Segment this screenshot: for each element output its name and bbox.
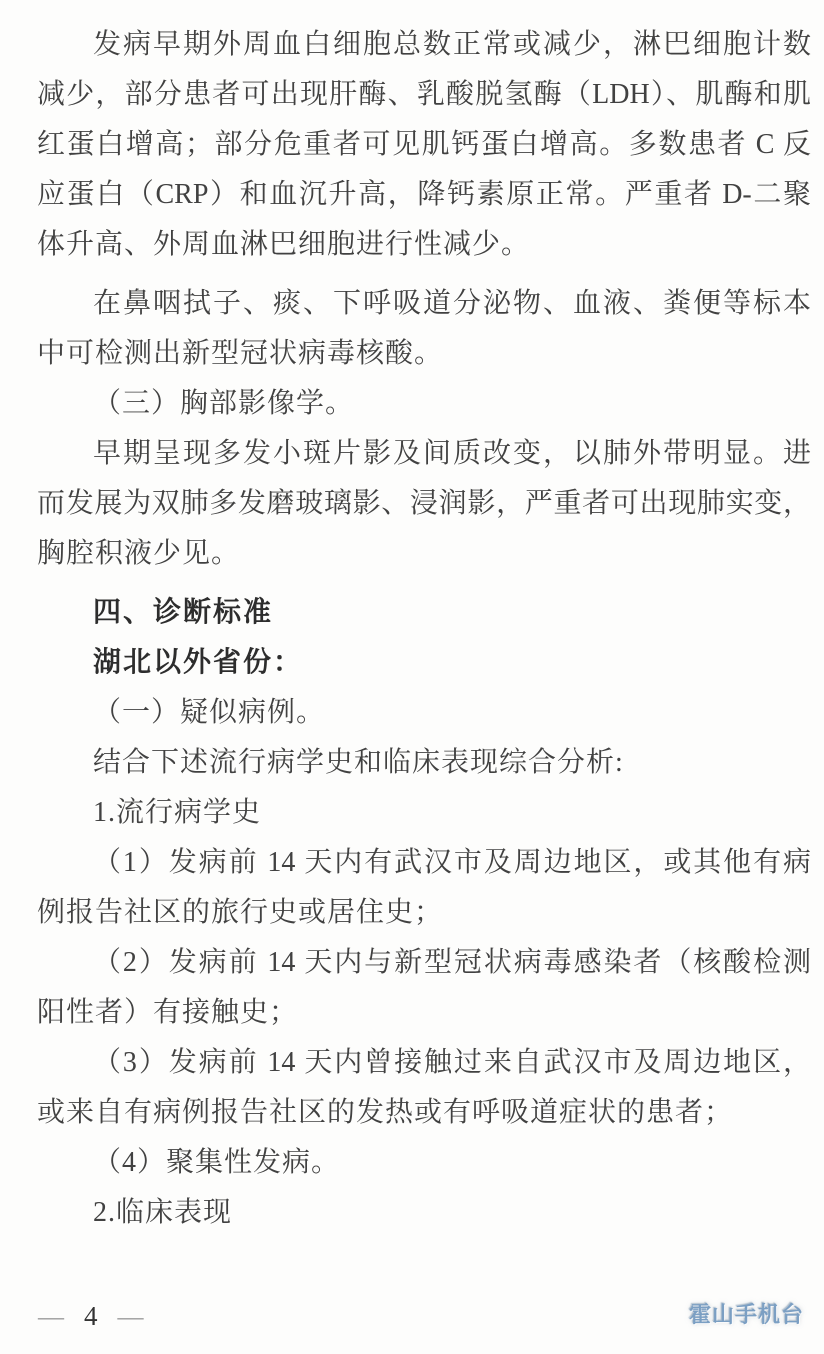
text-line: 中可检测出新型冠状病毒核酸。 [37,329,811,379]
station-watermark: 霍山手机台 [689,1298,804,1329]
page-footer: — 4 — [38,1301,144,1332]
text-line: 减少，部分患者可出现肝酶、乳酸脱氢酶（LDH）、肌酶和肌 [37,70,811,120]
text-line: 1.流行病学史 [37,788,811,838]
text-line: 胸腔积液少见。 [37,529,811,579]
text-line: （三）胸部影像学。 [37,379,811,429]
text-line: 而发展为双肺多发磨玻璃影、浸润影，严重者可出现肺实变， [37,479,811,529]
text-line: 体升高、外周血淋巴细胞进行性减少。 [37,220,811,270]
text-line: （2）发病前 14 天内与新型冠状病毒感染者（核酸检测 [37,938,811,988]
text-line: （一）疑似病例。 [37,688,811,738]
scanned-document-page: 发病早期外周血白细胞总数正常或减少，淋巴细胞计数减少，部分患者可出现肝酶、乳酸脱… [0,0,824,1354]
footer-dash-right: — [118,1304,144,1330]
text-line: 早期呈现多发小斑片影及间质改变，以肺外带明显。进 [37,429,811,479]
text-line: 发病早期外周血白细胞总数正常或减少，淋巴细胞计数 [37,20,811,70]
text-line: 在鼻咽拭子、痰、下呼吸道分泌物、血液、粪便等标本 [37,279,811,329]
document-body: 发病早期外周血白细胞总数正常或减少，淋巴细胞计数减少，部分患者可出现肝酶、乳酸脱… [37,20,811,1238]
text-line: 结合下述流行病学史和临床表现综合分析: [37,738,811,788]
page-number: 4 [84,1301,98,1332]
heading-line: 四、诊断标准 [37,588,811,638]
text-line: 例报告社区的旅行史或居住史； [37,888,811,938]
footer-dash-left: — [38,1304,64,1330]
text-line: 红蛋白增高；部分危重者可见肌钙蛋白增高。多数患者 C 反 [37,120,811,170]
text-line: 2.临床表现 [37,1188,811,1238]
text-line: 应蛋白（CRP）和血沉升高，降钙素原正常。严重者 D-二聚 [37,170,811,220]
text-line: 或来自有病例报告社区的发热或有呼吸道症状的患者； [37,1088,811,1138]
heading-line: 湖北以外省份： [37,638,811,688]
text-line: （4）聚集性发病。 [37,1138,811,1188]
text-line: （3）发病前 14 天内曾接触过来自武汉市及周边地区， [37,1038,811,1088]
text-line: （1）发病前 14 天内有武汉市及周边地区，或其他有病 [37,838,811,888]
text-line: 阳性者）有接触史； [37,988,811,1038]
